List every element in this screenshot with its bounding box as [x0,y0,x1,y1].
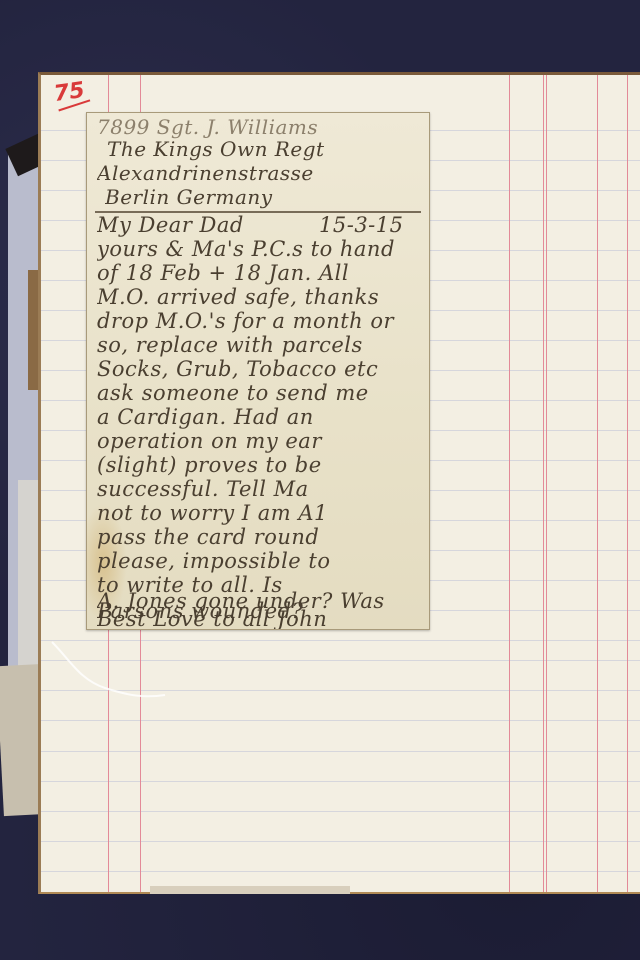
column-line [509,75,510,892]
ruled-line [41,811,640,812]
ruled-line [41,781,640,782]
signature-line: Best Love to all John [97,607,423,630]
address-line: Alexandrinenstrasse [97,161,423,185]
column-line [543,75,544,892]
postcard: 7899 Sgt. J. Williams The Kings Own Regt… [86,112,430,630]
body-line: ask someone to send me [97,381,423,405]
body-line: drop M.O.'s for a month or [97,309,423,333]
page-number: 75 [52,78,86,107]
ruled-line [41,751,640,752]
address-line: The Kings Own Regt [107,137,423,161]
body-line: successful. Tell Ma [97,477,423,501]
ruled-line [41,720,640,721]
ruled-line [41,841,640,842]
address-line: Berlin Germany [105,185,423,209]
body-line: Socks, Grub, Tobacco etc [97,357,423,381]
ruled-line [41,871,640,872]
address-line: 7899 Sgt. J. Williams [97,115,423,139]
body-line: of 18 Feb + 18 Jan. All [97,261,423,285]
column-line [546,75,547,892]
column-line [597,75,598,892]
body-line: a Cardigan. Had an [97,405,423,429]
body-line: yours & Ma's P.C.s to hand [97,237,423,261]
paper-tear-mark [50,640,170,720]
body-line: so, replace with parcels [97,333,423,357]
body-line: pass the card round [97,525,423,549]
body-line: please, impossible to [97,549,423,573]
date: 15-3-15 [319,213,423,237]
body-line: (slight) proves to be [97,453,423,477]
body-line: M.O. arrived safe, thanks [97,285,423,309]
column-line [627,75,628,892]
body-line: not to worry I am A1 [97,501,423,525]
page-bottom-edge [150,886,350,894]
body-line: operation on my ear [97,429,423,453]
